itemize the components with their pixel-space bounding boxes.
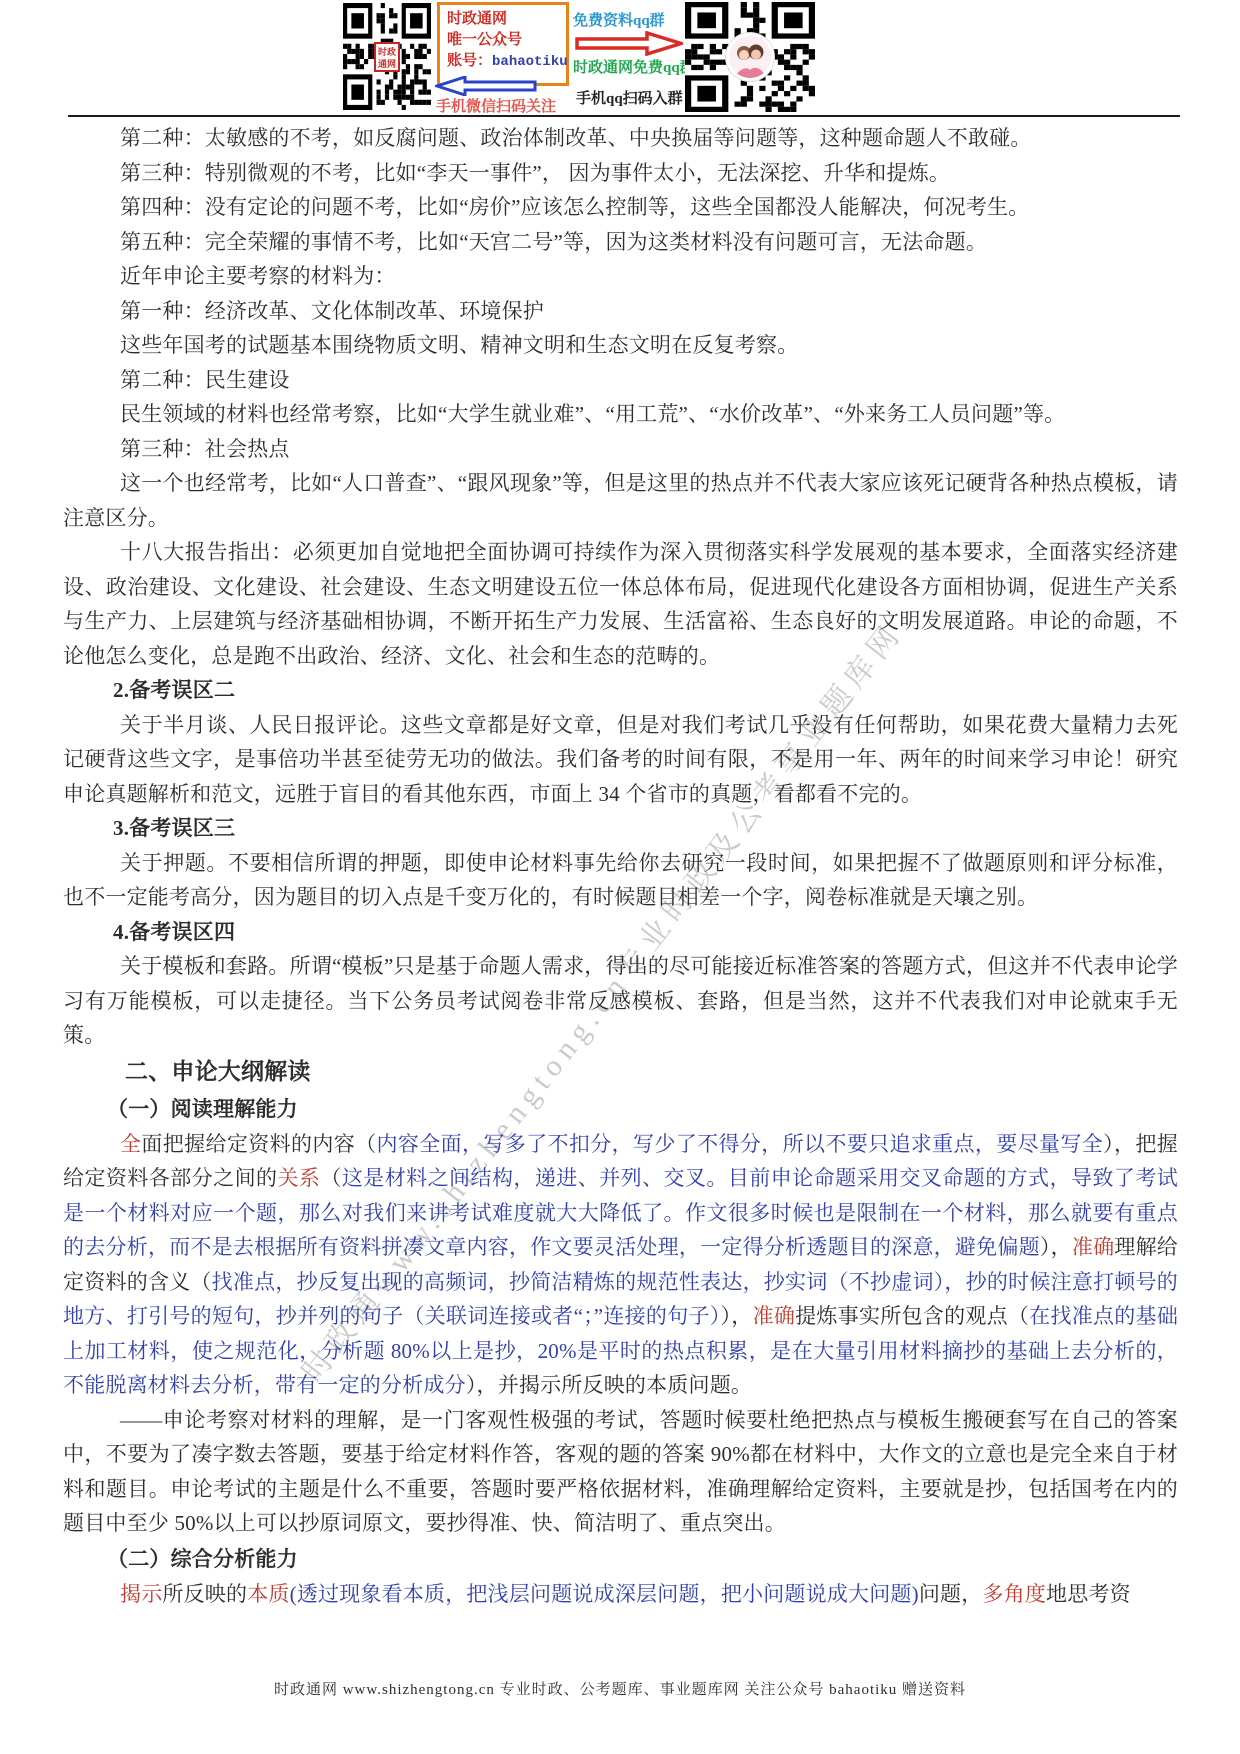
- document-body: 第二种：太敏感的不考，如反腐问题、政治体制改革、中央换届等问题等，这种题命题人不…: [63, 121, 1178, 1611]
- paragraph: 关于模板和套路。所谓“模板”只是基于命题人需求，得出的尽可能接近标准答案的答题方…: [63, 949, 1178, 1053]
- footer-text: 时政通网 www.shizhengtong.cn 专业时政、公考题库、事业题库网…: [274, 1682, 966, 1698]
- paragraph: 第二种：民生建设: [63, 363, 1178, 398]
- text-run: 关于模板和套路。所谓“模板”只是基于命题人需求，得出的尽可能接近标准答案的答题方…: [63, 954, 1178, 1047]
- text-run: 揭示: [120, 1582, 162, 1606]
- text-run: 地思考资: [1046, 1582, 1131, 1606]
- text-run: （一）阅读理解能力: [107, 1097, 298, 1121]
- text-run: 全: [120, 1132, 141, 1156]
- qq-group-label: 时政通网免费qq群: [573, 56, 695, 77]
- text-run: 关于押题。不要相信所谓的押题，即使申论材料事先给你去研究一段时间，如果把握不了做…: [63, 851, 1178, 910]
- right-arrow-icon: [575, 31, 683, 56]
- seal-text-1: 时政: [376, 46, 398, 58]
- paragraph: 第三种：特别微观的不考，比如“李天一事件”， 因为事件太小，无法深挖、升华和提炼…: [63, 156, 1178, 191]
- text-run: 十八大报告指出：必须更加自觉地把全面协调可持续作为深入贯彻落实科学发展观的基本要…: [63, 540, 1178, 668]
- wechat-qr-code: 时政 通网: [343, 3, 431, 110]
- paragraph: 第五种：完全荣耀的事情不考，比如“天宫二号”等，因为这类材料没有问题可言，无法命…: [63, 225, 1178, 260]
- paragraph: 民生领域的材料也经常考察，比如“大学生就业难”、“用工荒”、“水价改革”、“外来…: [63, 397, 1178, 432]
- official-account-label: 唯一公众号: [447, 30, 559, 51]
- text-run: 问题，: [919, 1582, 983, 1606]
- text-run: 民生领域的材料也经常考察，比如“大学生就业难”、“用工荒”、“水价改革”、“外来…: [120, 402, 1065, 426]
- paragraph: 关于押题。不要相信所谓的押题，即使申论材料事先给你去研究一段时间，如果把握不了做…: [63, 846, 1178, 915]
- paragraph: （二）综合分析能力: [63, 1541, 1178, 1577]
- text-run: 第三种：社会热点: [120, 437, 290, 461]
- text-run: 2.备考误区二: [113, 678, 235, 702]
- paragraph: 近年申论主要考察的材料为：: [63, 259, 1178, 294]
- text-run: 第四种：没有定论的问题不考，比如“房价”应该怎么控制等，这些全国都没人能解决，何…: [120, 195, 1029, 219]
- text-run: ），: [721, 1304, 753, 1328]
- text-run: (透过现象看本质，把浅层问题说成深层问题，把小问题说成大问题): [290, 1582, 919, 1606]
- paragraph: 十八大报告指出：必须更加自觉地把全面协调可持续作为深入贯彻落实科学发展观的基本要…: [63, 535, 1178, 673]
- qq-qr-code: [685, 2, 815, 112]
- page-footer: 时政通网 www.shizhengtong.cn 专业时政、公考题库、事业题库网…: [0, 1678, 1240, 1699]
- qq-free-material-label: 免费资料qq群: [573, 9, 665, 30]
- paragraph: ——申论考察对材料的理解，是一门客观性极强的考试，答题时候要杜绝把热点与模板生搬…: [63, 1403, 1178, 1541]
- text-run: 面把握给定资料的内容（: [141, 1132, 376, 1156]
- paragraph: 揭示所反映的本质(透过现象看本质，把浅层问题说成深层问题，把小问题说成大问题)问…: [63, 1577, 1178, 1612]
- page-header: 时政 通网 时政通网 唯一公众号 账号：bahaotiku 手机微信扫码关注 免…: [0, 0, 1240, 117]
- account-label: 账号：: [447, 53, 492, 69]
- text-run: 关系: [277, 1166, 320, 1190]
- text-run: （: [320, 1166, 341, 1190]
- qq-scan-caption: 手机qq扫码入群: [576, 87, 683, 108]
- account-row: 账号：bahaotiku: [447, 51, 559, 73]
- text-run: ），并揭示所反映的本质问题。: [466, 1373, 752, 1397]
- paragraph: 4.备考误区四: [63, 915, 1178, 950]
- text-run: 二、申论大纲解读: [125, 1059, 311, 1084]
- text-run: 本质: [247, 1582, 289, 1606]
- text-run: 第二种：太敏感的不考，如反腐问题、政治体制改革、中央换届等问题等，这种题命题人不…: [120, 126, 1032, 150]
- text-run: 第二种：民生建设: [120, 368, 290, 392]
- site-seal-icon: 时政 通网: [374, 42, 400, 72]
- paragraph: 第四种：没有定论的问题不考，比如“房价”应该怎么控制等，这些全国都没人能解决，何…: [63, 190, 1178, 225]
- paragraph: 第一种：经济改革、文化体制改革、环境保护: [63, 294, 1178, 329]
- text-run: 这一个也经常考，比如“人口普查”、“跟风现象”等，但是这里的热点并不代表大家应该…: [63, 471, 1178, 530]
- text-run: 多角度: [982, 1582, 1046, 1606]
- paragraph: 二、申论大纲解读: [63, 1053, 1178, 1091]
- paragraph: 这些年国考的试题基本围绕物质文明、精神文明和生态文明在反复考察。: [63, 328, 1178, 363]
- text-run: 第五种：完全荣耀的事情不考，比如“天宫二号”等，因为这类材料没有问题可言，无法命…: [120, 230, 987, 254]
- seal-text-2: 通网: [376, 58, 398, 70]
- text-run: 内容全面，写多了不扣分，写少了不得分，所以不要只追求重点，要尽量写全: [376, 1132, 1103, 1156]
- text-run: 关于半月谈、人民日报评论。这些文章都是好文章，但是对我们考试几乎没有任何帮助，如…: [63, 713, 1178, 806]
- text-run: 准确: [753, 1304, 796, 1328]
- text-run: 提炼事实所包含的观点（: [795, 1304, 1029, 1328]
- header-divider: [68, 115, 1180, 117]
- text-run: 4.备考误区四: [113, 920, 235, 944]
- paragraph: 3.备考误区三: [63, 811, 1178, 846]
- text-run: 3.备考误区三: [113, 816, 235, 840]
- text-run: （二）综合分析能力: [107, 1547, 298, 1571]
- account-value: bahaotiku: [492, 54, 568, 70]
- paragraph: 第二种：太敏感的不考，如反腐问题、政治体制改革、中央换届等问题等，这种题命题人不…: [63, 121, 1178, 156]
- account-info-box: 时政通网 唯一公众号 账号：bahaotiku: [437, 2, 569, 86]
- paragraph: 关于半月谈、人民日报评论。这些文章都是好文章，但是对我们考试几乎没有任何帮助，如…: [63, 708, 1178, 812]
- left-arrow-icon: [435, 76, 537, 96]
- text-run: 第一种：经济改革、文化体制改革、环境保护: [120, 299, 544, 323]
- text-run: 所反映的: [162, 1582, 247, 1606]
- site-name: 时政通网: [447, 9, 559, 30]
- text-run: ——申论考察对材料的理解，是一门客观性极强的考试，答题时候要杜绝把热点与模板生搬…: [63, 1408, 1178, 1536]
- paragraph: 2.备考误区二: [63, 673, 1178, 708]
- text-run: ），: [1040, 1235, 1072, 1259]
- paragraph: 这一个也经常考，比如“人口普查”、“跟风现象”等，但是这里的热点并不代表大家应该…: [63, 466, 1178, 535]
- wechat-scan-caption: 手机微信扫码关注: [436, 95, 556, 116]
- document-page: 时政 通网 时政通网 唯一公众号 账号：bahaotiku 手机微信扫码关注 免…: [0, 0, 1240, 1754]
- qq-group-avatar-icon: [726, 33, 774, 81]
- text-run: 这些年国考的试题基本围绕物质文明、精神文明和生态文明在反复考察。: [120, 333, 798, 357]
- paragraph: 全面把握给定资料的内容（内容全面，写多了不扣分，写少了不得分，所以不要只追求重点…: [63, 1127, 1178, 1403]
- text-run: 第三种：特别微观的不考，比如“李天一事件”， 因为事件太小，无法深挖、升华和提炼…: [120, 161, 950, 185]
- paragraph: 第三种：社会热点: [63, 432, 1178, 467]
- paragraph: （一）阅读理解能力: [63, 1091, 1178, 1127]
- text-run: 准确: [1072, 1235, 1114, 1259]
- text-run: 近年申论主要考察的材料为：: [120, 264, 396, 288]
